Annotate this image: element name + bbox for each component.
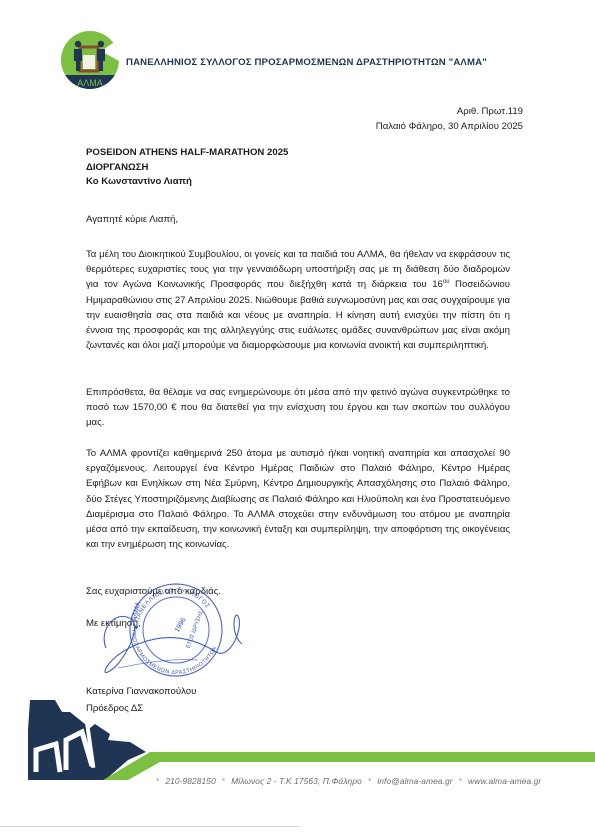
letter-page: ΑΛΜΑ ΠΑΝΕΛΛΗΝΙΟΣ ΣΥΛΛΟΓΟΣ ΠΡΟΣΑΡΜΟΣΜΕΝΩΝ… [0, 0, 595, 838]
recipient-line-3: Κο Κωνσταντίνο Λιαπή [86, 175, 288, 190]
closing-thanks: Σας ευχαριστούμε από καρδιάς. [86, 584, 510, 599]
paragraph-3: Το ΑΛΜΑ φροντίζει καθημερινά 250 άτομα μ… [86, 446, 510, 552]
alma-logo-icon: ΑΛΜΑ [61, 31, 119, 89]
footer-phone: 210-9828150 [165, 776, 215, 786]
footer-address: Μίλωνος 2 - Τ.Κ 17563, Π.Φάληρο [231, 776, 362, 786]
footer-contact-line: *210-9828150*Μίλωνος 2 - Τ.Κ 17563, Π.Φά… [150, 776, 541, 786]
greeting: Αγαπητέ κύριε Λιαπή, [86, 212, 510, 227]
ordinal-superscript: ου [443, 279, 450, 285]
place-date: Παλαιό Φάληρο, 30 Απριλίου 2025 [376, 119, 523, 134]
closing-regards: Με εκτίμηση, [86, 616, 510, 631]
footer-website[interactable]: www.alma-amea.gr [468, 776, 541, 786]
paragraph-1: Τα μέλη του Διοικητικού Συμβουλίου, οι γ… [86, 247, 510, 353]
stamp-bottom-text: ΠΡΟΣΑΡΜΟΣΜΕΝΩΝ ΔΡΑΣΤΗΡΙΟΤΗΤΩΝ [130, 630, 219, 676]
footer-decoration [0, 700, 595, 810]
protocol-number: Αριθ. Πρωτ.119 [376, 104, 523, 119]
organization-name: ΠΑΝΕΛΛΗΝΙΟΣ ΣΥΛΛΟΓΟΣ ΠΡΟΣΑΡΜΟΣΜΕΝΩΝ ΔΡΑΣ… [126, 57, 487, 68]
footer-divider [0, 826, 300, 827]
paragraph-2: Επιπρόσθετα, θα θέλαμε να σας ενημερώνου… [86, 385, 510, 431]
svg-text:ΠΡΟΣΑΡΜΟΣΜΕΝΩΝ ΔΡΑΣΤΗΡΙΟΤΗΤΩΝ: ΠΡΟΣΑΡΜΟΣΜΕΝΩΝ ΔΡΑΣΤΗΡΙΟΤΗΤΩΝ [130, 630, 219, 676]
reference-block: Αριθ. Πρωτ.119 Παλαιό Φάληρο, 30 Απριλίο… [376, 104, 523, 134]
recipient-line-2: ΔΙΟΡΓΑΝΩΣΗ [86, 161, 288, 176]
svg-text:ΑΛΜΑ: ΑΛΜΑ [77, 78, 103, 88]
recipient-line-1: POSEIDON ATHENS HALF-MARATHON 2025 [86, 146, 288, 161]
footer-email[interactable]: info@alma-amea.gr [377, 776, 452, 786]
recipient-block: POSEIDON ATHENS HALF-MARATHON 2025 ΔΙΟΡΓ… [86, 146, 288, 190]
signer-name: Κατερίνα Γιαννακοπούλου [86, 684, 510, 701]
